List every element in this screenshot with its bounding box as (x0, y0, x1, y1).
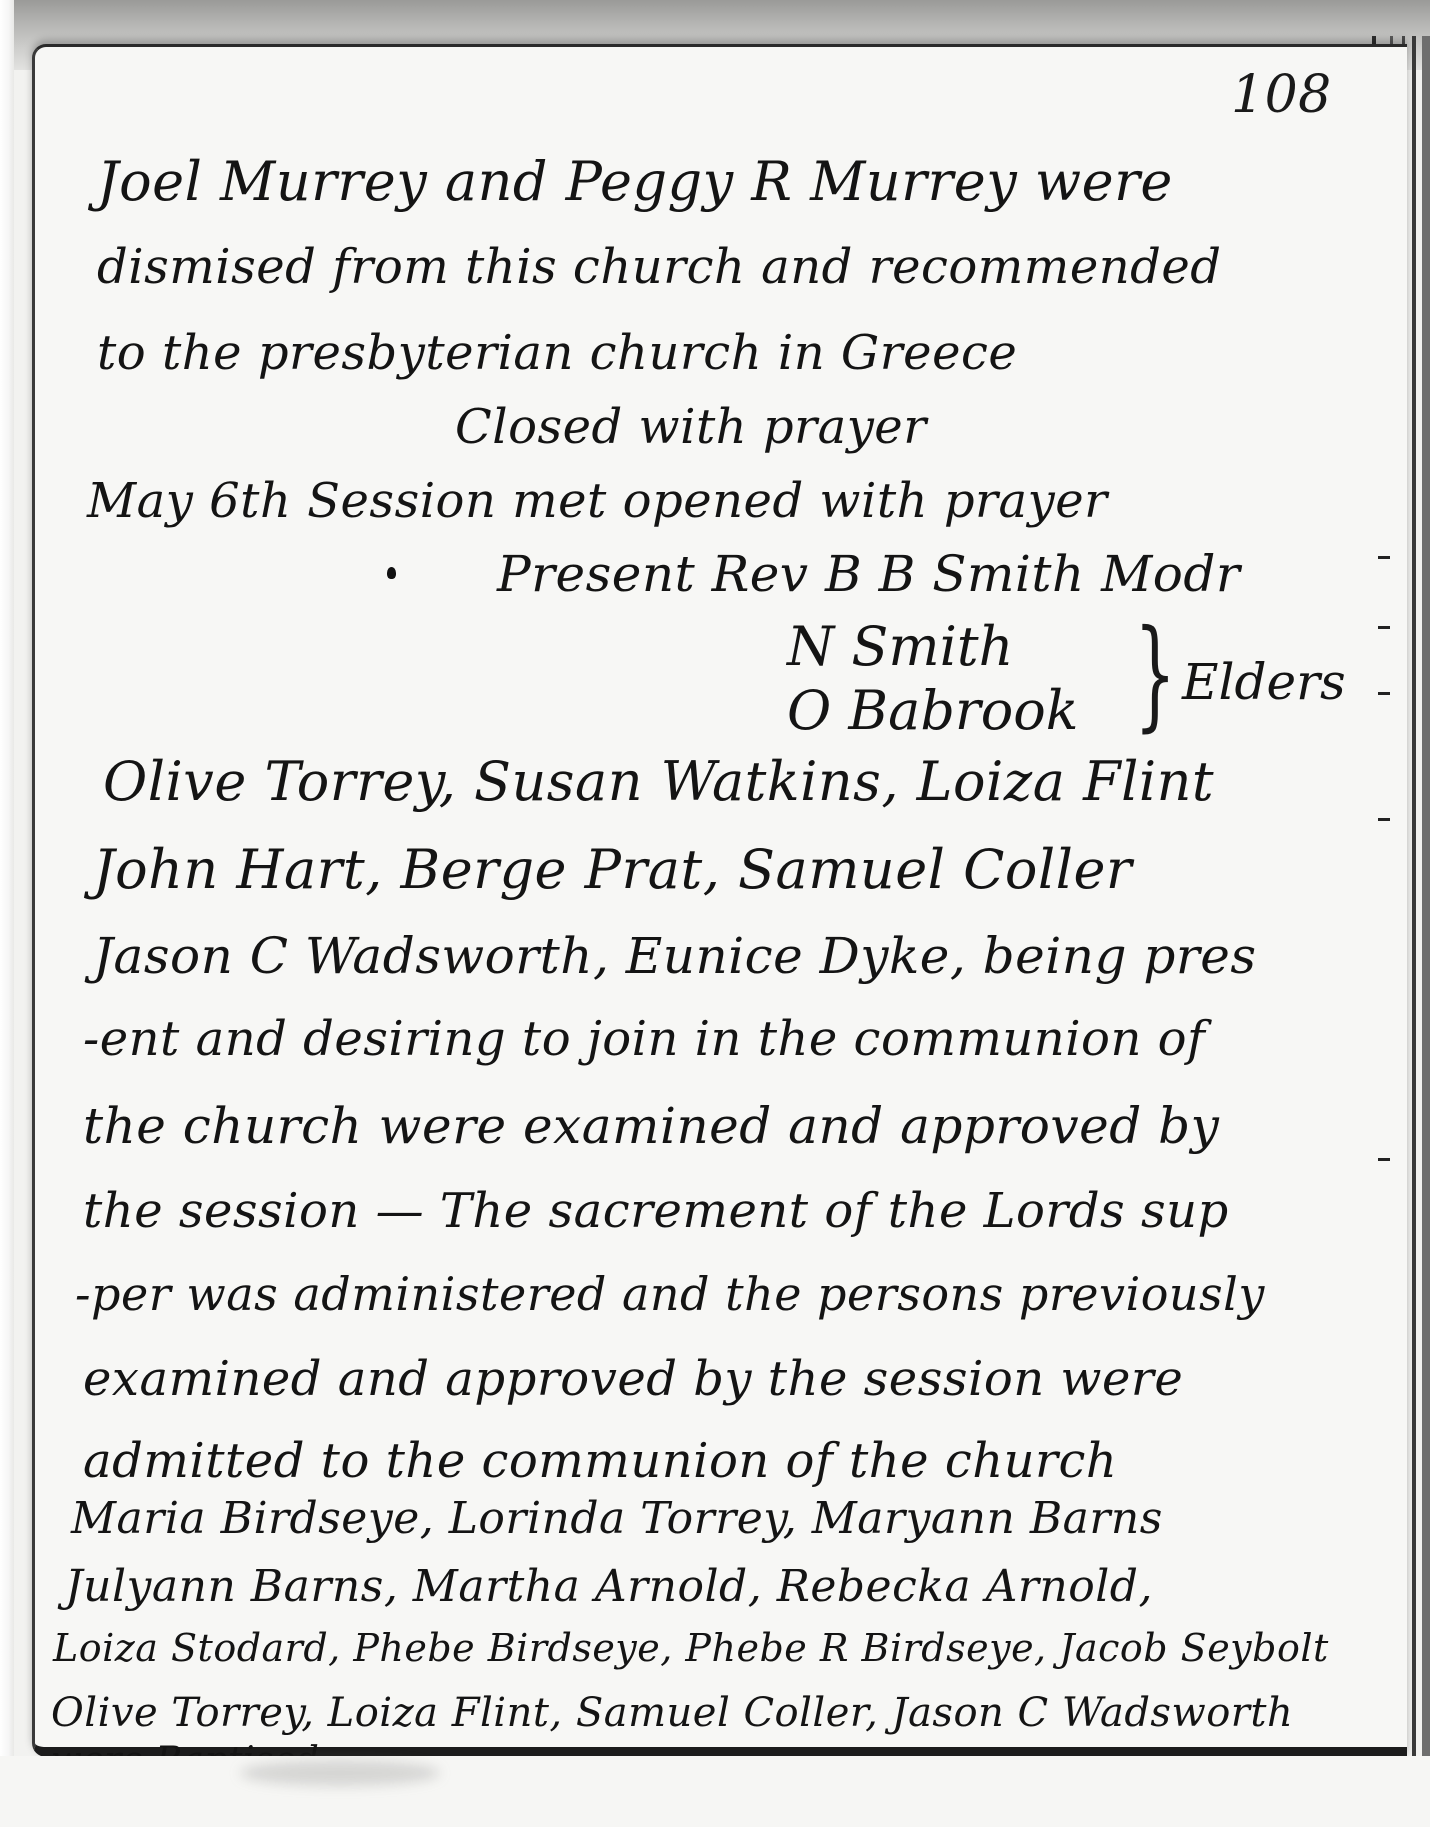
entry-line: to the presbyterian church in Greece (97, 329, 1017, 377)
elders-label: Elders (1182, 653, 1346, 711)
entry-line: Jason C Wadsworth, Eunice Dyke, being pr… (93, 931, 1257, 981)
below-page-area (0, 1756, 1430, 1827)
shadow-smudge (240, 1760, 440, 1786)
entry-line: the session — The sacrement of the Lords… (83, 1187, 1229, 1235)
entry-line: -ent and desiring to join in the communi… (83, 1015, 1205, 1063)
closing-line: Closed with prayer (455, 403, 927, 451)
page-edge-line (1422, 36, 1430, 1756)
notebook-page: 108 Joel Murrey and Peggy R Murrey were … (32, 44, 1407, 1757)
entry-line: John Hart, Berge Prat, Samuel Coller (93, 843, 1132, 897)
scanned-page: 108 Joel Murrey and Peggy R Murrey were … (0, 0, 1430, 1827)
entry-line: dismised from this church and recommende… (97, 243, 1222, 291)
entry-line: Loiza Stodard, Phebe Birdseye, Phebe R B… (53, 1629, 1329, 1667)
entry-line: Julyann Barns, Martha Arnold, Rebecka Ar… (65, 1565, 1153, 1609)
entry-line: -per was administered and the persons pr… (75, 1271, 1265, 1317)
entry-line: Olive Torrey, Loiza Flint, Samuel Coller… (51, 1693, 1293, 1733)
elders-block: N Smith O Babrook } Elders (787, 575, 1387, 715)
margin-tick (1378, 1158, 1390, 1161)
page-edge-line (1412, 36, 1416, 1756)
ink-blot (387, 567, 396, 579)
entry-line: Maria Birdseye, Lorinda Torrey, Maryann … (71, 1497, 1163, 1541)
margin-tick (1378, 626, 1390, 629)
elder-name: N Smith (787, 615, 1013, 678)
entry-line: Joel Murrey and Peggy R Murrey were (97, 155, 1173, 209)
margin-tick (1378, 692, 1390, 695)
page-number: 108 (1231, 65, 1332, 125)
left-margin-strip (0, 0, 14, 1827)
entry-line: admitted to the communion of the church (83, 1437, 1117, 1485)
entry-line: the church were examined and approved by (83, 1101, 1219, 1151)
margin-tick (1378, 818, 1390, 821)
entry-line: examined and approved by the session wer… (83, 1355, 1183, 1403)
session-heading: May 6th Session met opened with prayer (87, 477, 1108, 525)
elder-name: O Babrook (787, 679, 1078, 742)
margin-tick (1378, 556, 1390, 559)
brace-symbol: } (1134, 615, 1176, 735)
entry-line: Olive Torrey, Susan Watkins, Loiza Flint (103, 755, 1214, 809)
